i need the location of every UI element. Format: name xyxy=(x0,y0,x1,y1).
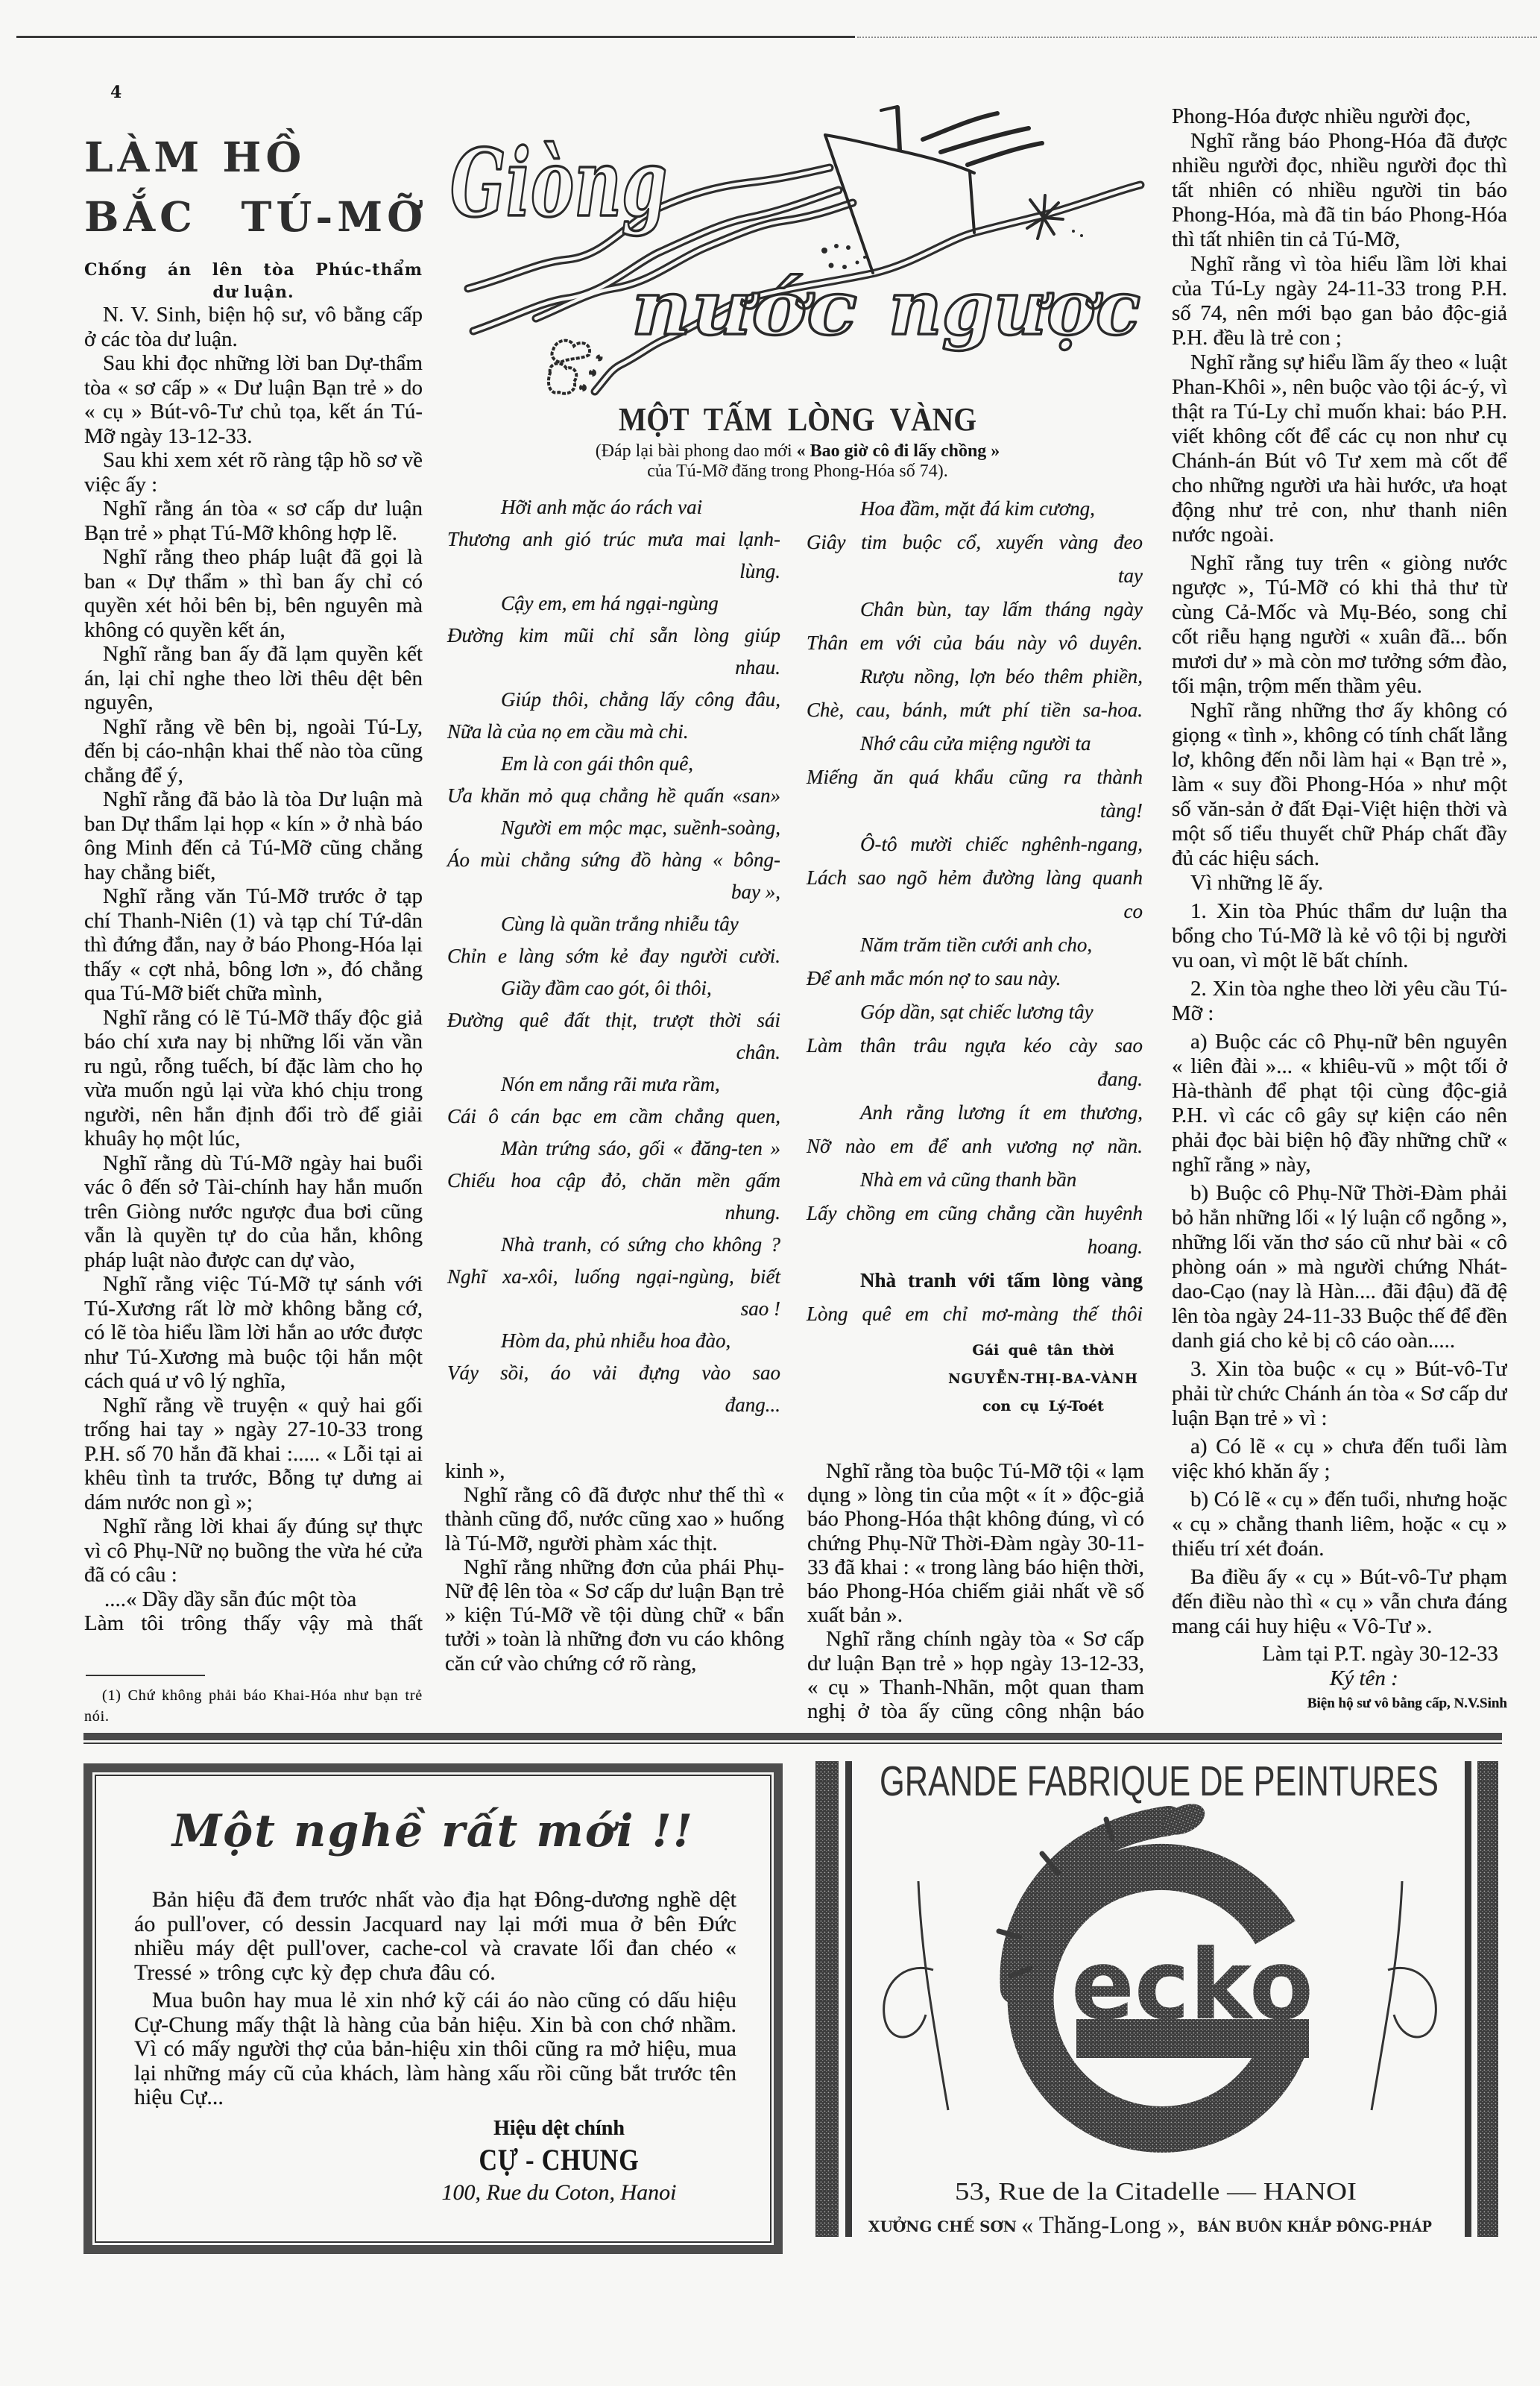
verse-line: Em là con gái thôn quê, xyxy=(447,748,780,780)
signer-title: Biện hộ sư vô bằng cấp, xyxy=(1307,1696,1451,1711)
gecko-paint-ad-artwork: GRANDE FABRIQUE DE PEINTURES ecko xyxy=(815,1757,1498,2239)
verse-line: Nghĩ xa-xôi, luống ngại-ngùng, biết xyxy=(447,1261,780,1293)
verse-line: Chỉn e làng sớm kẻ đay người cười. xyxy=(447,940,780,972)
article-subtitle-line: Chống án lên tòa Phúc-thẩm xyxy=(84,259,423,281)
verse-line: Ô-tô mười chiếc nghênh-ngang, xyxy=(807,828,1143,861)
verse-line: Nhà tranh, có sứng cho không ? xyxy=(447,1229,780,1261)
verse-line: Cùng là quần trắng nhiễu tây xyxy=(447,908,780,940)
paragraph: Nghĩ rằng về bên bị, ngoài Tú-Ly, đến bị… xyxy=(84,715,423,788)
paragraph: Nghĩ rằng những thơ ấy không có giọng « … xyxy=(1172,699,1507,871)
continuation-column-2: Nghĩ rằng tòa buộc Tú-Mỡ tội « lạm dụng … xyxy=(807,1459,1144,1725)
verse-line: Thân em với của báu này vô duyên. xyxy=(807,626,1143,660)
sub-request: b) Có lẽ « cụ » đến tuổi, nhưng hoặc « c… xyxy=(1172,1488,1507,1561)
verse-line: Nón em nắng rãi mưa rầm, xyxy=(447,1068,780,1101)
verse-line: Miếng ăn quá khẩu cũng ra thành xyxy=(807,761,1143,794)
verse-line: Đường quê đất thịt, trượt thời sái xyxy=(447,1004,780,1036)
sub-request: a) Có lẽ « cụ » chưa đến tuổi làm việc k… xyxy=(1172,1435,1507,1484)
verse-line: Chè, cau, bánh, mứt phí tiền sa-hoa. xyxy=(807,693,1143,727)
numbered-request: 3. Xin tòa buộc « cụ » Bút-vô-Tư phải từ… xyxy=(1172,1357,1507,1431)
paragraph: Sau khi đọc những lời ban Dự-thẩm tòa « … xyxy=(84,351,423,448)
verse-line: Chân bùn, tay lấm tháng ngày xyxy=(807,593,1143,626)
paragraph: Nghĩ rằng việc Tú-Mỡ tự sánh với Tú-Xươn… xyxy=(84,1272,423,1394)
numbered-request: 2. Xin tòa nghe theo lời yêu cầu Tú-Mỡ : xyxy=(1172,977,1507,1026)
verse-line-continuation: hoang. xyxy=(807,1230,1143,1264)
verse-line-emphasis: Nhà tranh với tấm lòng vàng xyxy=(807,1264,1143,1297)
decorative-curl-right xyxy=(1372,1881,1436,2110)
verse-line: Cậy em, em há ngại-ngùng xyxy=(447,588,780,620)
verse-line-continuation: nhau. xyxy=(447,652,780,684)
verse-line: Để anh mắc món nợ to sau này. xyxy=(807,962,1143,995)
sub-request: a) Buộc các cô Phụ-nữ bên nguyên « liên … xyxy=(1172,1030,1507,1177)
verse-line-continuation: chân. xyxy=(447,1036,780,1068)
paragraph: Nghĩ rằng lời khai ấy đúng sự thực vì cô… xyxy=(84,1514,423,1587)
signed-label: Ký tên : xyxy=(1172,1666,1507,1691)
signature-author-name: NGUYỄN-THỊ-BA-VÀNH xyxy=(941,1365,1146,1394)
paragraph: Sau khi xem xét rõ ràng tập hồ sơ về việ… xyxy=(84,448,423,497)
verse-line: Giúp thôi, chẳng lấy công đâu, xyxy=(447,684,780,716)
continuation-column-1: kinh », Nghĩ rằng cô đã được như thế thì… xyxy=(445,1459,784,1725)
poem-signature: Gái quê tân thời NGUYỄN-THỊ-BA-VÀNH con … xyxy=(941,1337,1146,1421)
verse-line-continuation: bay », xyxy=(447,876,780,908)
paragraph: Nghĩ rằng những đơn của phái Phụ-Nữ đệ l… xyxy=(445,1555,784,1675)
logo-text: ecko xyxy=(1071,1928,1313,2042)
footnote-rule xyxy=(86,1675,205,1676)
ad-address: 53, Rue de la Citadelle — HANOI xyxy=(955,2178,1357,2206)
verse-line-continuation: lùng. xyxy=(447,555,780,588)
verse-line-continuation: tàng! xyxy=(807,794,1143,828)
verse-line: Hỡi anh mặc áo rách vai xyxy=(447,491,780,523)
giong-nuoc-nguoc-header-drawing: Giòng nước ngược xyxy=(450,107,1140,394)
verse-line: Giầy đầm cao gót, ôi thôi, xyxy=(447,972,780,1004)
poem-subtitle-line: (Đáp lại bài phong dao mới « Bao giờ cô … xyxy=(447,441,1148,462)
paragraph: Nghĩ rằng theo pháp luật đã gọi là ban «… xyxy=(84,545,423,642)
verse-line: Lòng quê em chỉ mơ-màng thế thôi xyxy=(807,1297,1143,1331)
verse-line: Giây tim buộc cổ, xuyến vàng đeo xyxy=(807,526,1143,559)
verse-line-continuation: co xyxy=(807,895,1143,928)
paragraph: Nghĩ rằng có lẽ Tú-Mỡ thấy độc giả báo c… xyxy=(84,1006,423,1151)
verse-line-continuation: đang. xyxy=(807,1063,1143,1096)
poem-subtitle-line: của Tú-Mỡ đăng trong Phong-Hóa số 74). xyxy=(447,462,1148,482)
paragraph-continued: Phong-Hóa được nhiều người đọc, xyxy=(1172,104,1507,129)
verse-line: Thương anh gió trúc mưa mai lạnh- xyxy=(447,523,780,555)
paragraph: Nghĩ rằng dù Tú-Mỡ ngày hai buổi vác ô đ… xyxy=(84,1151,423,1273)
bush-icon xyxy=(549,341,602,394)
verse-line: Hoa đầm, mặt đá kim cương, xyxy=(807,492,1143,526)
paragraph: Vì những lẽ ấy. xyxy=(1172,871,1507,895)
paragraph: Nghĩ rằng văn Tú-Mỡ trước ở tạp chí Than… xyxy=(84,884,423,1006)
verse-line-continuation: sao ! xyxy=(447,1293,780,1325)
article-body-right-column: Phong-Hóa được nhiều người đọc, Nghĩ rằn… xyxy=(1172,104,1507,1724)
verse-line: Nỡ nào em để anh vương nợ nần. xyxy=(807,1130,1143,1163)
verse-line: Nhà em vả cũng thanh bần xyxy=(807,1163,1143,1197)
verse-line-continuation: tay xyxy=(807,559,1143,593)
advertisement-title: Một nghề rất mới !! xyxy=(83,1805,783,1857)
verse-line: Màn trứng sáo, gối « đăng-ten » xyxy=(447,1133,780,1165)
article-subtitle: Chống án lên tòa Phúc-thẩm dư luận. xyxy=(84,259,423,303)
shop-name: CỰ - CHUNG xyxy=(439,2142,680,2178)
poem-subtitle-text: (Đáp lại bài phong dao mới xyxy=(596,441,792,461)
top-rule xyxy=(16,36,855,38)
decorative-curl-left xyxy=(884,1881,948,2110)
verse-line: Anh rằng lương ít em thương, xyxy=(807,1096,1143,1130)
paragraph: Nghĩ rằng chính ngày tòa « Sơ cấp dư luậ… xyxy=(807,1627,1144,1723)
paragraph: Nghĩ rằng báo Phong-Hóa đã được nhiều ng… xyxy=(1172,129,1507,252)
verse-line: Đường kim mũi chỉ sẵn lòng giúp xyxy=(447,620,780,652)
verse-line: Năm trăm tiền cưới anh cho, xyxy=(807,928,1143,962)
header-word-giong: Giòng xyxy=(450,129,667,238)
top-rule-dotted xyxy=(857,37,1537,38)
article-body-left-column: N. V. Sinh, biện hộ sư, vô bằng cấp ở cá… xyxy=(84,303,423,1664)
shop-address: 100, Rue du Coton, Hanoi xyxy=(417,2178,701,2208)
paragraph: Ba điều ấy « cụ » Bút-vô-Tư phạm đến điề… xyxy=(1172,1565,1507,1639)
verse-line: Làm thân trâu ngựa kéo cày sao xyxy=(807,1029,1143,1063)
signature-line: Gái quê tân thời xyxy=(941,1337,1146,1365)
shop-label: Hiệu dệt chính xyxy=(417,2115,701,2142)
verse-line: Lấy chồng em cũng chẳng cần huyênh xyxy=(807,1197,1143,1230)
verse-line: Người em mộc mạc, suềnh-soàng, xyxy=(447,812,780,844)
numbered-request: 1. Xin tòa Phúc thẩm dư luận tha bổng ch… xyxy=(1172,899,1507,973)
newspaper-page: Giòng nước ngược GRANDE FABRIQUE DE PEIN… xyxy=(0,0,1540,2386)
ad-tagline-part-c: BÁN BUÔN KHẮP ĐÔNG-PHÁP xyxy=(1197,2215,1432,2235)
paragraph-continued: Làm tôi trông thấy vậy mà thất xyxy=(84,1611,423,1636)
verse-line: Góp dần, sạt chiếc lương tây xyxy=(807,995,1143,1029)
verse-line: Rượu nồng, lợn béo thêm phiền, xyxy=(807,660,1143,693)
sub-request: b) Buộc cô Phụ-Nữ Thời-Đàm phải bỏ hẳn n… xyxy=(1172,1181,1507,1353)
advertisement-body: Bản hiệu đã đem trước nhất vào địa hạt Đ… xyxy=(134,1888,736,2114)
poem-right-column: Hoa đầm, mặt đá kim cương, Giây tim buộc… xyxy=(807,492,1143,1331)
paragraph-continued: kinh », xyxy=(445,1459,784,1483)
signer: Biện hộ sư vô bằng cấp, N.V.Sinh xyxy=(1172,1691,1507,1716)
poem-title: MỘT TẤM LÒNG VÀNG xyxy=(482,402,1113,438)
verse-line: Hòm da, phủ nhiễu hoa đào, xyxy=(447,1325,780,1357)
verse-line: Váy sồi, áo vải đựng vào sao xyxy=(447,1357,780,1389)
article-subtitle-line: dư luận. xyxy=(84,281,423,303)
paragraph: Nghĩ rằng sự hiểu lầm ấy theo « luật Pha… xyxy=(1172,350,1507,547)
verse-line-continuation: nhung. xyxy=(447,1197,780,1229)
verse-line: Cái ô cán bạc em cầm chẳng quen, xyxy=(447,1101,780,1133)
paragraph: N. V. Sinh, biện hộ sư, vô bằng cấp ở cá… xyxy=(84,303,423,351)
poem-subtitle-quoted-title: « Bao giờ cô đi lấy chồng » xyxy=(797,441,1000,461)
paragraph: Nghĩ rằng về truyện « quỷ hai gối trống … xyxy=(84,1394,423,1515)
advertisement-paragraph: Mua buôn hay mua lẻ xin nhớ kỹ cái áo nà… xyxy=(134,1989,736,2110)
verse-line: Ưa khăn mỏ quạ chẳng hề quấn «san» xyxy=(447,780,780,812)
verse-line: Lách sao ngõ hẻm đường làng quanh xyxy=(807,861,1143,895)
signer-name: N.V.Sinh xyxy=(1454,1696,1507,1711)
paragraph: Nghĩ rằng tòa buộc Tú-Mỡ tội « lạm dụng … xyxy=(807,1459,1144,1627)
section-separator-rule xyxy=(83,1733,1502,1740)
advertisement-shop-signature: Hiệu dệt chính CỰ - CHUNG 100, Rue du Co… xyxy=(417,2115,701,2208)
paragraph: Nghĩ rằng đã bảo là tòa Dư luận mà ban D… xyxy=(84,787,423,884)
paragraph: Nghĩ rằng ban ấy đã lạm quyền kết án, lạ… xyxy=(84,642,423,715)
section-separator-thin-rule xyxy=(83,1743,1502,1744)
poem-left-column: Hỡi anh mặc áo rách vai Thương anh gió t… xyxy=(447,491,780,1421)
header-word-nuoc: nước xyxy=(631,264,857,352)
article-title-line-1: LÀM HỒ xyxy=(84,135,306,180)
paragraph: Nghĩ rằng án tòa « sơ cấp dư luận Bạn tr… xyxy=(84,497,423,545)
verse-line: Nhớ câu cửa miệng người ta xyxy=(807,727,1143,761)
paragraph: Nghĩ rằng tuy trên « giòng nước ngược »,… xyxy=(1172,551,1507,699)
ad-headline: GRANDE FABRIQUE DE PEINTURES xyxy=(880,1757,1439,1805)
place-and-date: Làm tại P.T. ngày 30-12-33 xyxy=(1172,1642,1507,1666)
footnote: (1) Chứ không phải báo Khai-Hóa như bạn … xyxy=(84,1685,423,1727)
gecko-logo-icon: ecko xyxy=(999,1798,1313,2130)
advertisement-paragraph: Bản hiệu đã đem trước nhất vào địa hạt Đ… xyxy=(134,1888,736,1985)
ad-tagline-brand: « Thăng-Long », xyxy=(1021,2212,1185,2239)
verse-line: Áo mùi chẳng sứng đồ hàng « bông- xyxy=(447,844,780,876)
poem-subtitle: (Đáp lại bài phong dao mới « Bao giờ cô … xyxy=(447,441,1148,482)
ad-tagline-part-a: XƯỞNG CHẾ SƠN xyxy=(868,2215,1017,2235)
article-title-line-2: BẮC TÚ-MỠ xyxy=(84,195,427,239)
paragraph: Nghĩ rằng vì tòa hiểu lầm lời khai của T… xyxy=(1172,252,1507,350)
page-number: 4 xyxy=(110,82,122,103)
quoted-verse: ....« Dầy dầy sẵn đúc một tòa xyxy=(84,1587,423,1612)
verse-line: Nữa là của nọ em cầu mà chi. xyxy=(447,716,780,748)
header-word-nguoc: ngược xyxy=(889,264,1140,352)
signature-line: con cụ Lý-Toét xyxy=(941,1393,1146,1421)
article-title-word: BẮC xyxy=(84,195,197,239)
verse-line-continuation: đang... xyxy=(447,1389,780,1421)
verse-line: Chiếu hoa cập đỏ, chăn mền gấm xyxy=(447,1165,780,1197)
paragraph: Nghĩ rằng cô đã được như thế thì « thành… xyxy=(445,1483,784,1555)
article-title-word: TÚ-MỠ xyxy=(241,195,427,239)
